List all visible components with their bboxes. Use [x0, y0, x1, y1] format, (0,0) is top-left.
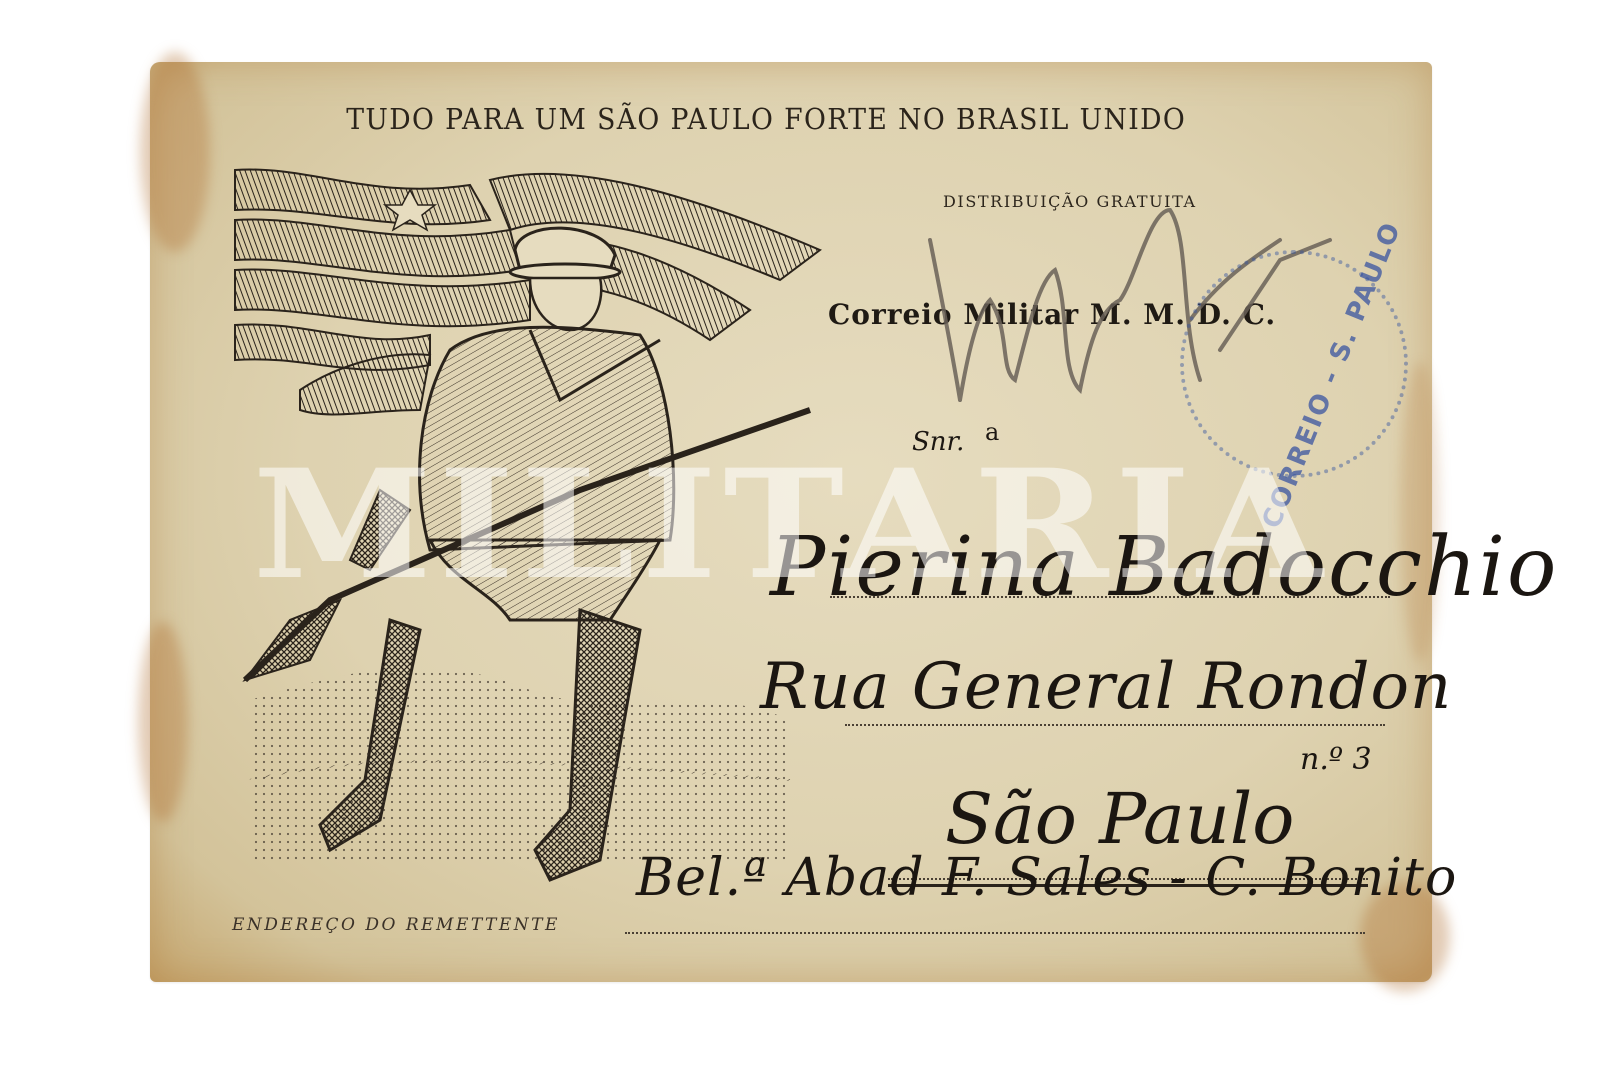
sender-address-line	[625, 932, 1365, 934]
motto-heading: TUDO PARA UM SÃO PAULO FORTE NO BRASIL U…	[320, 102, 1212, 136]
age-stain	[138, 622, 188, 822]
landscape	[250, 668, 790, 860]
sender-address: Bel.ª Abad F. Sales - C. Bonito	[636, 848, 1457, 908]
watermark: MILITARIA	[99, 460, 1484, 590]
recipient-street: Rua General Rondon	[760, 650, 1452, 724]
age-stain	[140, 52, 210, 252]
sender-label: ENDEREÇO DO REMETTENTE	[232, 915, 560, 935]
address-line	[845, 724, 1385, 726]
recipient-number: n.º 3	[1300, 742, 1372, 777]
